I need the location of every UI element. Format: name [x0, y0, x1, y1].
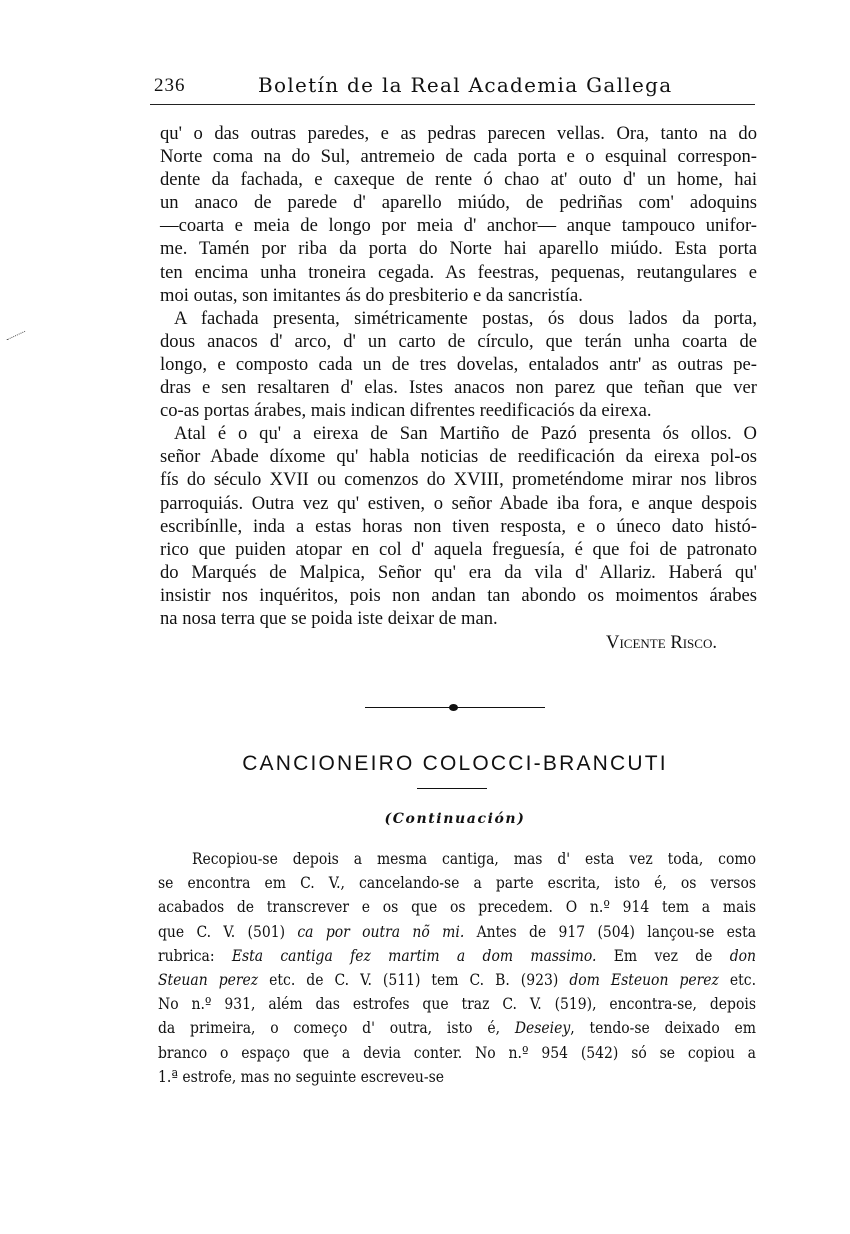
- text-line: moi outas, son imitantes ás do presbiter…: [160, 284, 757, 307]
- text-line: dous anacos d' arco, d' un carto de círc…: [160, 330, 757, 353]
- paragraph: Atal é o qu' a eirexa de San Martiño de …: [160, 422, 757, 630]
- document-page: 236 Boletín de la Real Academia Gallega …: [0, 0, 850, 1234]
- section-subtitle: (Continuación): [300, 811, 610, 827]
- text-line: co-as portas árabes, mais indican difren…: [160, 399, 757, 422]
- text-run: 1.ª estrofe, mas no seguinte escreveu-se: [158, 1068, 444, 1086]
- text-run: da primeira, o começo d' outra, isto é,: [158, 1019, 515, 1037]
- italic-quotation: Deseiey: [515, 1019, 570, 1037]
- italic-quotation: don: [730, 947, 756, 965]
- text-run: que C. V. (501): [158, 923, 297, 941]
- italic-quotation: ca por outra nõ mi.: [297, 923, 464, 941]
- header-rule: [150, 104, 755, 105]
- text-line: escribínlle, inda a estas horas non tive…: [160, 515, 757, 538]
- text-line: rubrica: Esta cantiga fez martim a dom m…: [158, 944, 756, 968]
- text-line: Steuan perez etc. de C. V. (511) tem C. …: [158, 968, 756, 992]
- text-line: 1.ª estrofe, mas no seguinte escreveu-se: [158, 1065, 756, 1089]
- text-run: se encontra em C. V., cancelando-se a pa…: [158, 874, 756, 892]
- text-run: No n.º 931, além das estrofes que traz C…: [158, 995, 756, 1013]
- text-run: , tendo-se deixado em: [570, 1019, 756, 1037]
- title-underline-rule: [417, 788, 487, 789]
- page-number: 236: [154, 75, 186, 97]
- text-line: No n.º 931, além das estrofes que traz C…: [158, 992, 756, 1016]
- margin-pencil-mark: [7, 331, 26, 340]
- paragraph: A fachada presenta, simétricamente posta…: [160, 307, 757, 422]
- running-head: 236 Boletín de la Real Academia Gallega: [150, 72, 760, 100]
- italic-quotation: Steuan perez: [158, 971, 258, 989]
- section-divider-ornament: [365, 705, 545, 711]
- text-line: Atal é o qu' a eirexa de San Martiño de …: [160, 422, 757, 445]
- text-line: longo, e composto cada un de tres dovela…: [160, 353, 757, 376]
- text-line: dras e sen resaltaren d' elas. Istes ana…: [160, 376, 757, 399]
- italic-quotation: Esta cantiga fez martim a dom massimo.: [232, 947, 597, 965]
- text-run: etc.: [719, 971, 756, 989]
- text-line: do Marqués de Malpica, Señor qu' era da …: [160, 561, 757, 584]
- text-line: branco o espaço que a devia conter. No n…: [158, 1041, 756, 1065]
- text-line: rico que puiden atopar en col d' aquela …: [160, 538, 757, 561]
- text-run: branco o espaço que a devia conter. No n…: [158, 1044, 756, 1062]
- text-line: qu' o das outras paredes, e as pedras pa…: [160, 122, 757, 145]
- text-run: acabados de transcrever e os que os prec…: [158, 898, 756, 916]
- text-line: ten encima unha troneira cegada. As fees…: [160, 261, 757, 284]
- divider-diamond-icon: [449, 704, 458, 711]
- text-line: A fachada presenta, simétricamente posta…: [160, 307, 757, 330]
- text-line: —coarta e meia de longo por meia d' anch…: [160, 214, 757, 237]
- author-signature: Vicente Risco.: [160, 631, 757, 654]
- journal-title: Boletín de la Real Academia Gallega: [258, 73, 673, 97]
- text-run: Em vez de: [596, 947, 729, 965]
- text-line: insistir nos inquéritos, pois non andan …: [160, 584, 757, 607]
- text-line: señor Abade díxome qu' habla noticias de…: [160, 445, 757, 468]
- text-line: me. Tamén por riba da porta do Norte hai…: [160, 237, 757, 260]
- text-run: etc. de C. V. (511) tem C. B. (923): [258, 971, 569, 989]
- text-run: Recopiou-se depois a mesma cantiga, mas …: [192, 850, 756, 868]
- text-line: se encontra em C. V., cancelando-se a pa…: [158, 871, 756, 895]
- article-ending: qu' o das outras paredes, e as pedras pa…: [160, 122, 757, 654]
- text-line: dente da fachada, e caxeque de rente ó c…: [160, 168, 757, 191]
- text-line: da primeira, o começo d' outra, isto é, …: [158, 1016, 756, 1040]
- italic-quotation: dom Esteuon perez: [569, 971, 719, 989]
- text-run: Antes de 917 (504) lançou-se esta: [464, 923, 756, 941]
- text-run: rubrica:: [158, 947, 232, 965]
- paragraph: qu' o das outras paredes, e as pedras pa…: [160, 122, 757, 307]
- text-line: un anaco de parede d' aparello miúdo, de…: [160, 191, 757, 214]
- text-line: acabados de transcrever e os que os prec…: [158, 895, 756, 919]
- text-line: parroquiás. Outra vez qu' estiven, o señ…: [160, 492, 757, 515]
- article-body: Recopiou-se depois a mesma cantiga, mas …: [158, 847, 756, 1089]
- text-line: fís do século XVII ou comenzos do XVIII,…: [160, 468, 757, 491]
- text-line: Recopiou-se depois a mesma cantiga, mas …: [158, 847, 756, 871]
- text-line: que C. V. (501) ca por outra nõ mi. Ante…: [158, 920, 756, 944]
- text-line: Norte coma na do Sul, antremeio de cada …: [160, 145, 757, 168]
- text-line: na nosa terra que se poida iste deixar d…: [160, 607, 757, 630]
- section-title: CANCIONEIRO COLOCCI-BRANCUTI: [200, 752, 710, 776]
